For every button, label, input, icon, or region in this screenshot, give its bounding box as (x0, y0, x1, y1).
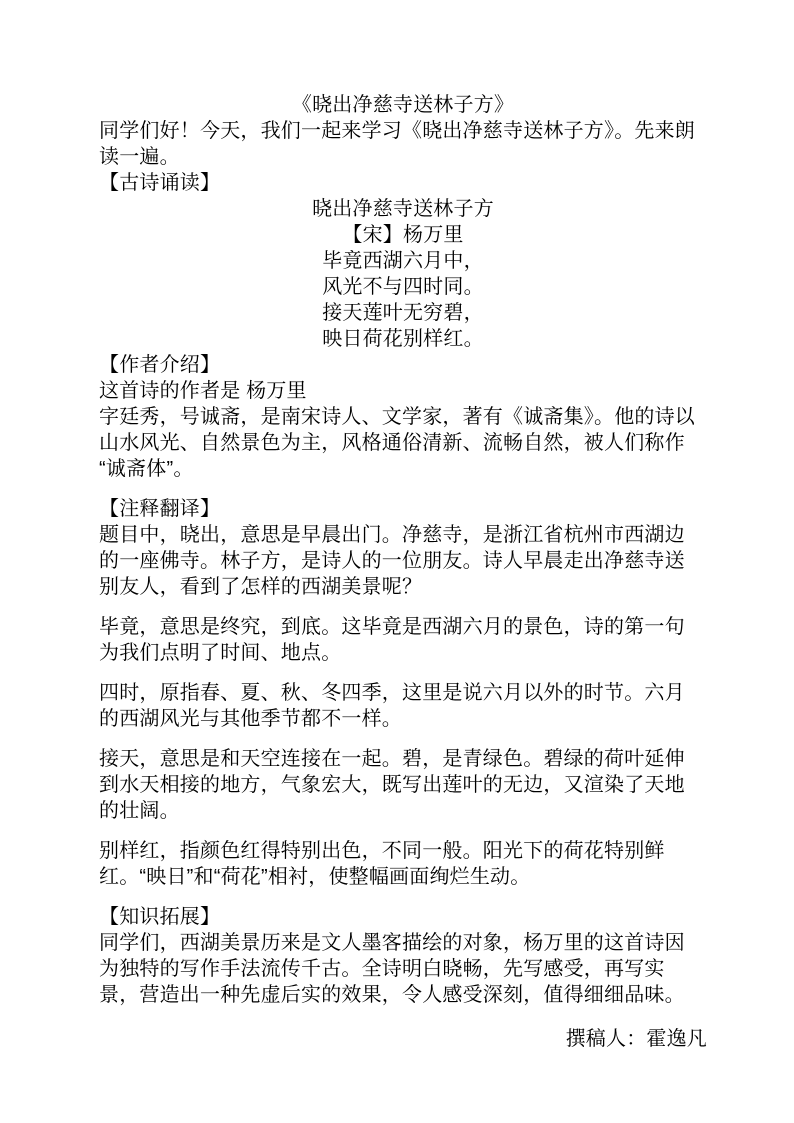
poem-block-line: 接天莲叶无穷碧， (99, 300, 707, 326)
section-header-zhishi-tuozhan: 【知识拓展】 (99, 904, 707, 930)
expansion-paragraph-line: 为独特的写作手法流传千古。全诗明白晓畅，先写感受，再写实 (99, 956, 707, 982)
author-intro-paragraph: 这首诗的作者是 杨万里字廷秀，号诚斋，是南宋诗人、文学家，著有《诚斋集》。他的诗… (99, 378, 707, 482)
poem-block-line: 【宋】杨万里 (99, 222, 707, 248)
expansion-paragraph-line: 景，营造出一种先虚后实的效果，令人感受深刻，值得细细品味。 (99, 982, 707, 1008)
annotation-paragraph-1-line: 题目中，晓出，意思是早晨出门。净慈寺，是浙江省杭州市西湖边 (99, 522, 707, 548)
annotation-paragraph-4-line: 的壮阔。 (99, 798, 707, 824)
poem-block: 晓出净慈寺送林子方【宋】杨万里毕竟西湖六月中，风光不与四时同。接天莲叶无穷碧，映… (99, 196, 707, 352)
section-header-zhishi-tuozhan-line: 【知识拓展】 (99, 904, 707, 930)
doc-title: 《晓出净慈寺送林子方》 (99, 92, 707, 118)
annotation-paragraph-2-line: 毕竟，意思是终究，到底。这毕竟是西湖六月的景色，诗的第一句 (99, 614, 707, 640)
poem-block-line: 风光不与四时同。 (99, 274, 707, 300)
annotation-paragraph-4-line: 到水天相接的地方，气象宏大，既写出莲叶的无边，又渲染了天地 (99, 772, 707, 798)
poem-block-line: 晓出净慈寺送林子方 (99, 196, 707, 222)
annotation-paragraph-3-line: 四时，原指春、夏、秋、冬四季，这里是说六月以外的时节。六月 (99, 680, 707, 706)
annotation-paragraph-2-line: 为我们点明了时间、地点。 (99, 640, 707, 666)
expansion-paragraph: 同学们，西湖美景历来是文人墨客描绘的对象，杨万里的这首诗因为独特的写作手法流传千… (99, 930, 707, 1008)
signature-line: 撰稿人：霍逸凡 (99, 1026, 707, 1052)
section-header-zuozhe-jieshao: 【作者介绍】 (99, 352, 707, 378)
signature-line-line: 撰稿人：霍逸凡 (99, 1026, 707, 1052)
intro-paragraph-line: 同学们好！今天，我们一起来学习《晓出净慈寺送林子方》。先来朗 (99, 118, 707, 144)
annotation-paragraph-3: 四时，原指春、夏、秋、冬四季，这里是说六月以外的时节。六月的西湖风光与其他季节都… (99, 680, 707, 732)
author-intro-paragraph-line: 字廷秀，号诚斋，是南宋诗人、文学家，著有《诚斋集》。他的诗以 (99, 404, 707, 430)
section-header-gushi-songdu-line: 【古诗诵读】 (99, 170, 707, 196)
poem-block-line: 毕竟西湖六月中， (99, 248, 707, 274)
annotation-paragraph-5: 别样红，指颜色红得特别出色，不同一般。阳光下的荷花特别鲜红。“映日”和“荷花”相… (99, 838, 707, 890)
section-header-zhushi-fanyi: 【注释翻译】 (99, 496, 707, 522)
annotation-paragraph-4-line: 接天，意思是和天空连接在一起。碧，是青绿色。碧绿的荷叶延伸 (99, 746, 707, 772)
doc-title-line: 《晓出净慈寺送林子方》 (99, 92, 707, 118)
intro-paragraph-line: 读一遍。 (99, 144, 707, 170)
annotation-paragraph-5-line: 别样红，指颜色红得特别出色，不同一般。阳光下的荷花特别鲜 (99, 838, 707, 864)
expansion-paragraph-line: 同学们，西湖美景历来是文人墨客描绘的对象，杨万里的这首诗因 (99, 930, 707, 956)
annotation-paragraph-4: 接天，意思是和天空连接在一起。碧，是青绿色。碧绿的荷叶延伸到水天相接的地方，气象… (99, 746, 707, 824)
author-intro-paragraph-line: 山水风光、自然景色为主，风格通俗清新、流畅自然，被人们称作 (99, 430, 707, 456)
annotation-paragraph-2: 毕竟，意思是终究，到底。这毕竟是西湖六月的景色，诗的第一句为我们点明了时间、地点… (99, 614, 707, 666)
annotation-paragraph-1: 题目中，晓出，意思是早晨出门。净慈寺，是浙江省杭州市西湖边的一座佛寺。林子方，是… (99, 522, 707, 600)
annotation-paragraph-3-line: 的西湖风光与其他季节都不一样。 (99, 706, 707, 732)
section-header-zhushi-fanyi-line: 【注释翻译】 (99, 496, 707, 522)
annotation-paragraph-1-line: 的一座佛寺。林子方，是诗人的一位朋友。诗人早晨走出净慈寺送 (99, 548, 707, 574)
document-content: 《晓出净慈寺送林子方》同学们好！今天，我们一起来学习《晓出净慈寺送林子方》。先来… (99, 92, 707, 1052)
section-header-gushi-songdu: 【古诗诵读】 (99, 170, 707, 196)
section-header-zuozhe-jieshao-line: 【作者介绍】 (99, 352, 707, 378)
annotation-paragraph-1-line: 别友人，看到了怎样的西湖美景呢？ (99, 574, 707, 600)
poem-block-line: 映日荷花别样红。 (99, 326, 707, 352)
annotation-paragraph-5-line: 红。“映日”和“荷花”相衬，使整幅画面绚烂生动。 (99, 864, 707, 890)
document-page: 《晓出净慈寺送林子方》同学们好！今天，我们一起来学习《晓出净慈寺送林子方》。先来… (0, 0, 794, 1123)
intro-paragraph: 同学们好！今天，我们一起来学习《晓出净慈寺送林子方》。先来朗读一遍。 (99, 118, 707, 170)
author-intro-paragraph-line: “诚斋体”。 (99, 456, 707, 482)
author-intro-paragraph-line: 这首诗的作者是 杨万里 (99, 378, 707, 404)
